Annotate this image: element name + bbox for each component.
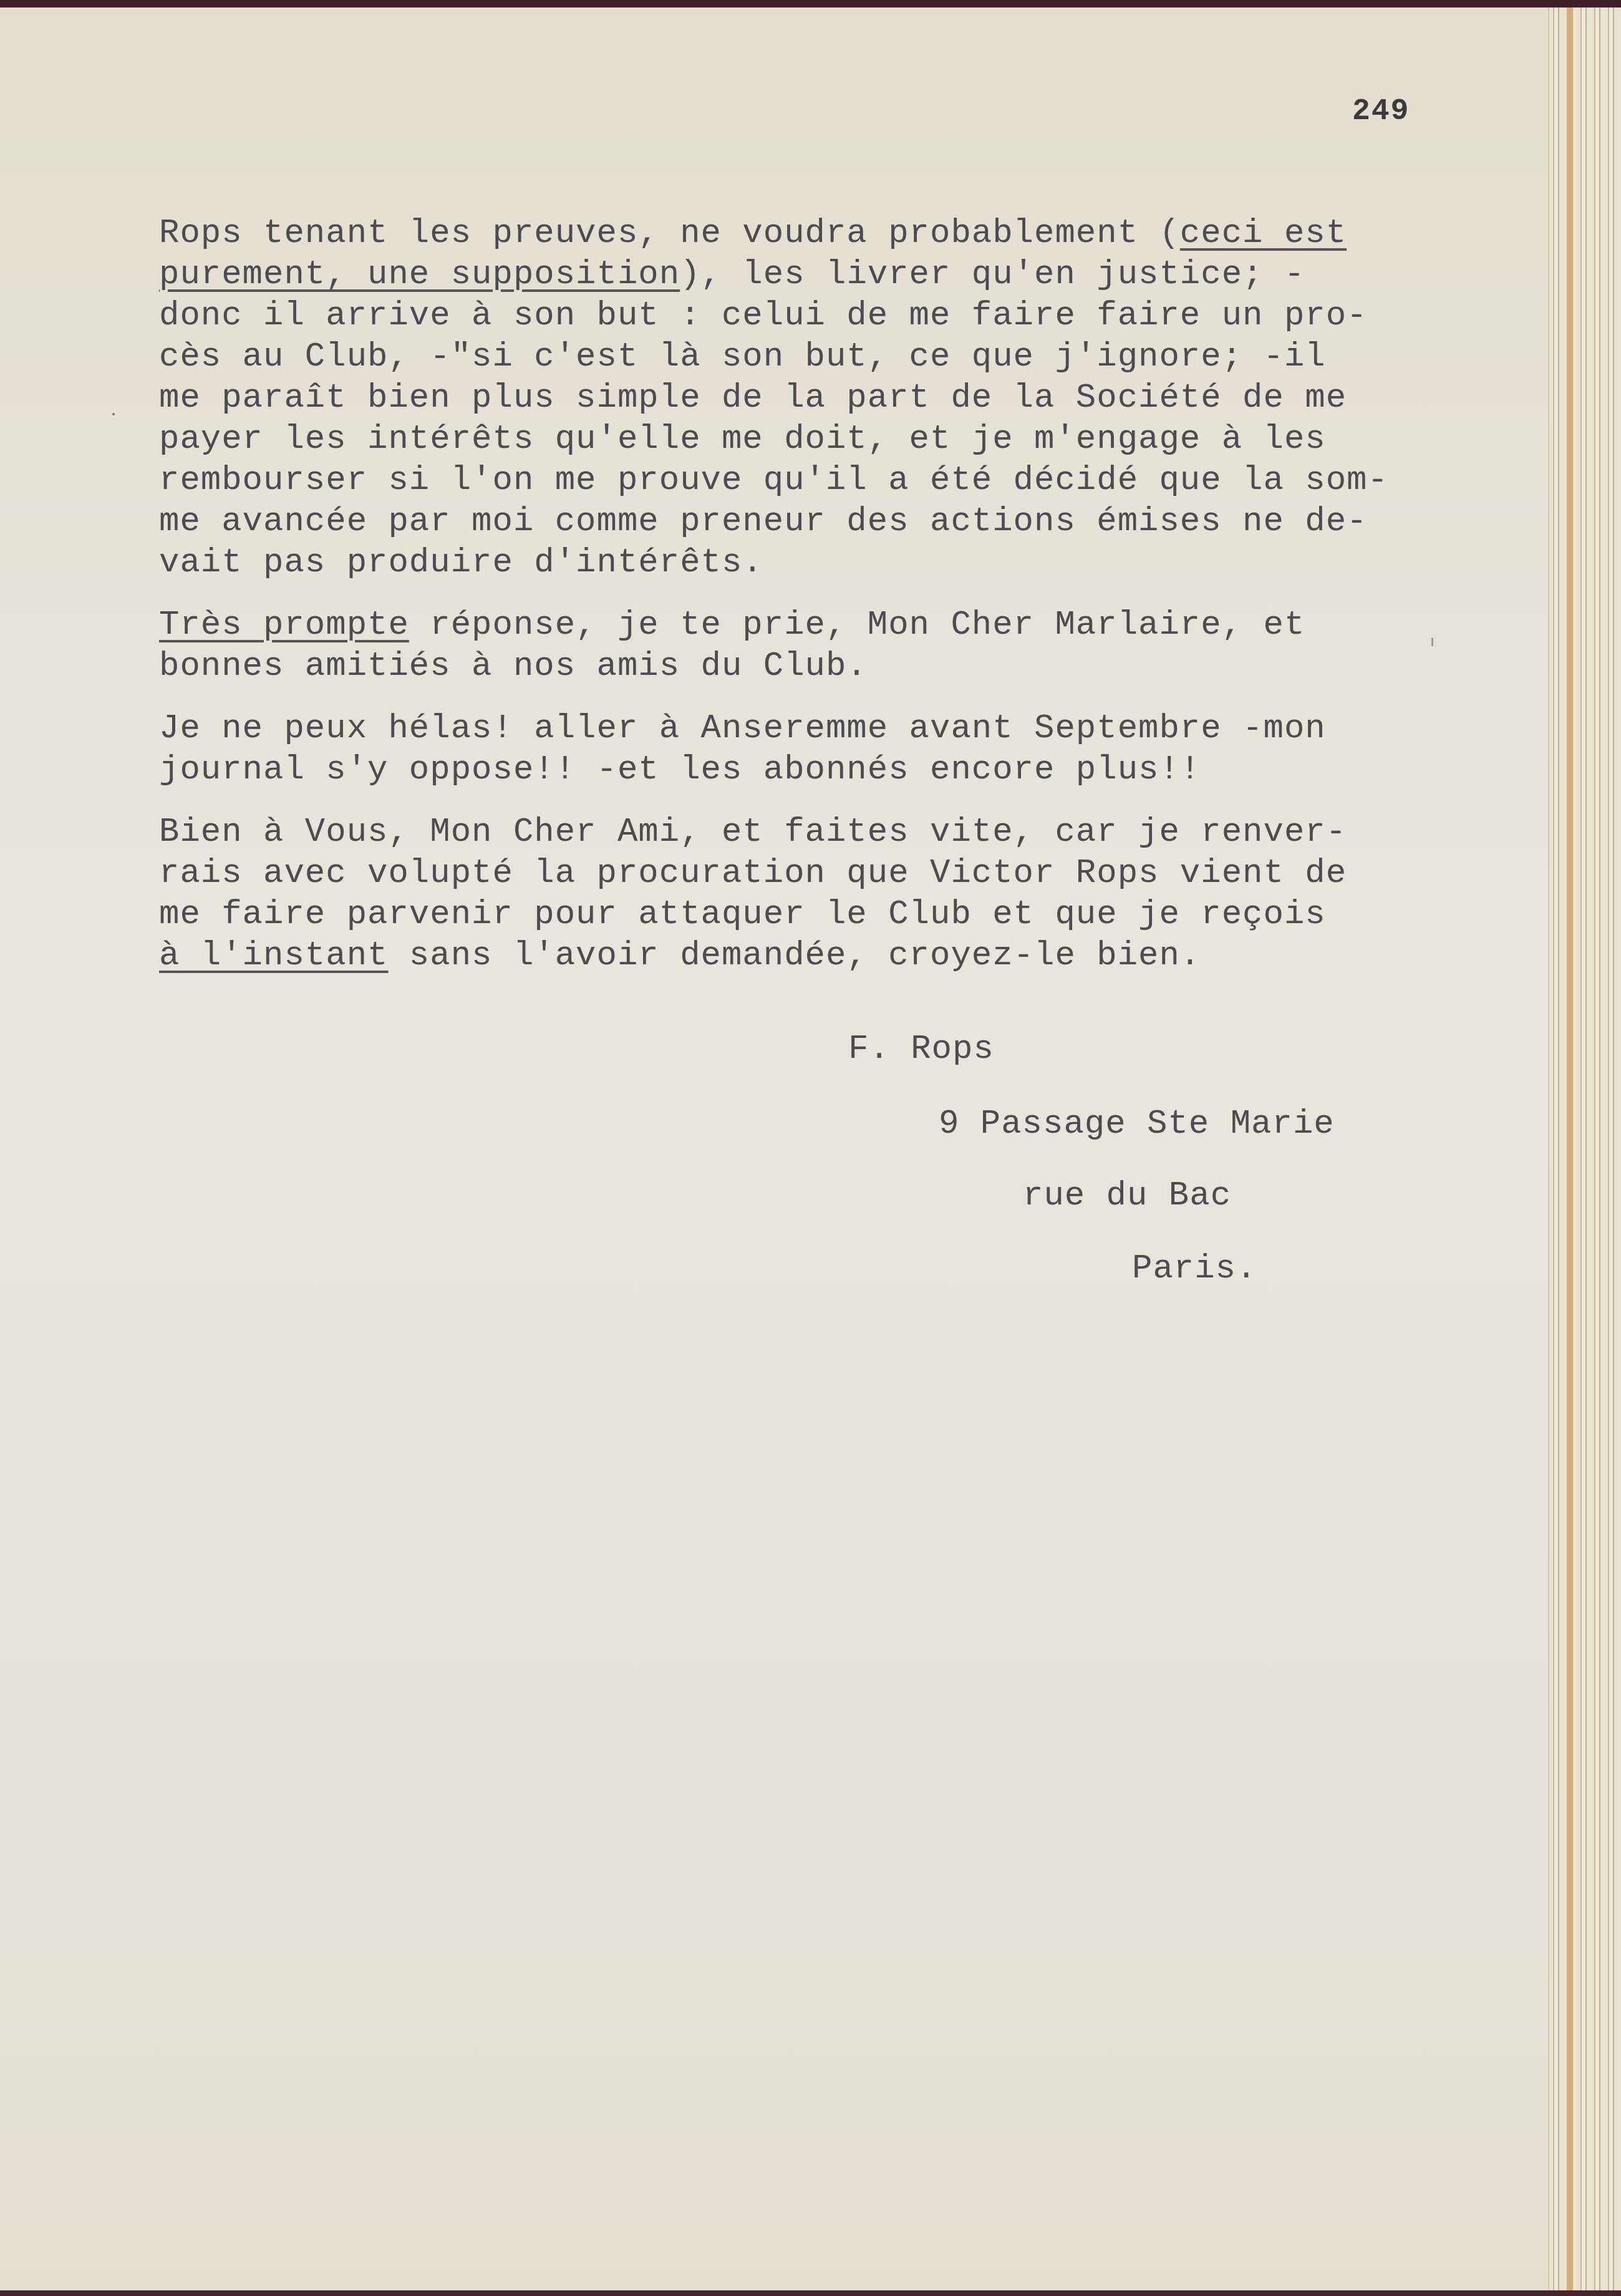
- address-line-1: 9 Passage Ste Marie: [939, 1105, 1335, 1143]
- underlined-text: à l'instant: [159, 937, 388, 975]
- letter-body: Rops tenant les preuves, ne voudra proba…: [159, 213, 1456, 998]
- text-line: rembourser si l'on me prouve qu'il a été…: [159, 460, 1456, 501]
- book-binding: [0, 0, 1621, 7]
- gilt-edge-stripe: [1567, 7, 1573, 2290]
- text-line: à l'instant sans l'avoir demandée, croye…: [159, 936, 1456, 977]
- text-line: me avancée par moi comme preneur des act…: [159, 501, 1456, 543]
- text-line: journal s'y oppose!! -et les abonnés enc…: [159, 750, 1456, 791]
- signature-name: F. Rops: [848, 1030, 994, 1068]
- underlined-text: purement, une supposition: [159, 256, 680, 294]
- page-edges: [1548, 7, 1621, 2290]
- text-line: cès au Club, -"si c'est là son but, ce q…: [159, 337, 1456, 378]
- underlined-text: Très prompte: [159, 606, 409, 644]
- text-segment: vait pas produire d'intérêts.: [159, 544, 763, 582]
- text-line: donc il arrive à son but : celui de me f…: [159, 296, 1456, 337]
- text-line: me faire parvenir pour attaquer le Club …: [159, 894, 1456, 936]
- text-segment: Rops tenant les preuves, ne voudra proba…: [159, 215, 1180, 253]
- text-segment: réponse, je te prie, Mon Cher Marlaire, …: [409, 606, 1305, 644]
- text-segment: sans l'avoir demandée, croyez-le bien.: [388, 937, 1201, 975]
- text-segment: me avancée par moi comme preneur des act…: [159, 503, 1368, 541]
- text-segment: ), les livrer qu'en justice; -: [680, 256, 1305, 294]
- text-line: payer les intérêts qu'elle me doit, et j…: [159, 419, 1456, 460]
- text-segment: journal s'y oppose!! -et les abonnés enc…: [159, 751, 1201, 789]
- text-segment: rais avec volupté la procuration que Vic…: [159, 855, 1347, 893]
- paragraph: Très prompte réponse, je te prie, Mon Ch…: [159, 605, 1456, 687]
- text-line: vait pas produire d'intérêts.: [159, 543, 1456, 584]
- document-page: 249 Rops tenant les preuves, ne voudra p…: [0, 7, 1572, 2290]
- text-segment: cès au Club, -"si c'est là son but, ce q…: [159, 338, 1326, 376]
- text-line: Très prompte réponse, je te prie, Mon Ch…: [159, 605, 1456, 646]
- text-segment: me faire parvenir pour attaquer le Club …: [159, 896, 1326, 934]
- page-number: 249: [1352, 95, 1410, 128]
- text-segment: bonnes amitiés à nos amis du Club.: [159, 647, 868, 685]
- text-segment: me paraît bien plus simple de la part de…: [159, 379, 1347, 417]
- text-segment: rembourser si l'on me prouve qu'il a été…: [159, 462, 1388, 500]
- text-line: purement, une supposition), les livrer q…: [159, 254, 1456, 296]
- text-line: rais avec volupté la procuration que Vic…: [159, 853, 1456, 894]
- text-line: me paraît bien plus simple de la part de…: [159, 378, 1456, 419]
- paragraph: Rops tenant les preuves, ne voudra proba…: [159, 213, 1456, 584]
- text-segment: Bien à Vous, Mon Cher Ami, et faites vit…: [159, 813, 1347, 851]
- text-segment: Je ne peux hélas! aller à Anseremme avan…: [159, 710, 1326, 748]
- paragraph: Bien à Vous, Mon Cher Ami, et faites vit…: [159, 812, 1456, 977]
- paper-speck: [112, 413, 115, 415]
- paragraph: Je ne peux hélas! aller à Anseremme avan…: [159, 709, 1456, 791]
- text-line: Rops tenant les preuves, ne voudra proba…: [159, 213, 1456, 254]
- underlined-text: ceci est: [1180, 215, 1347, 253]
- text-line: bonnes amitiés à nos amis du Club.: [159, 646, 1456, 687]
- paper-speck: [1431, 637, 1433, 646]
- address-line-3: Paris.: [1132, 1250, 1257, 1288]
- text-line: Bien à Vous, Mon Cher Ami, et faites vit…: [159, 812, 1456, 853]
- text-segment: donc il arrive à son but : celui de me f…: [159, 297, 1368, 335]
- text-segment: payer les intérêts qu'elle me doit, et j…: [159, 420, 1326, 458]
- address-line-2: rue du Bac: [1023, 1177, 1231, 1215]
- text-line: Je ne peux hélas! aller à Anseremme avan…: [159, 709, 1456, 750]
